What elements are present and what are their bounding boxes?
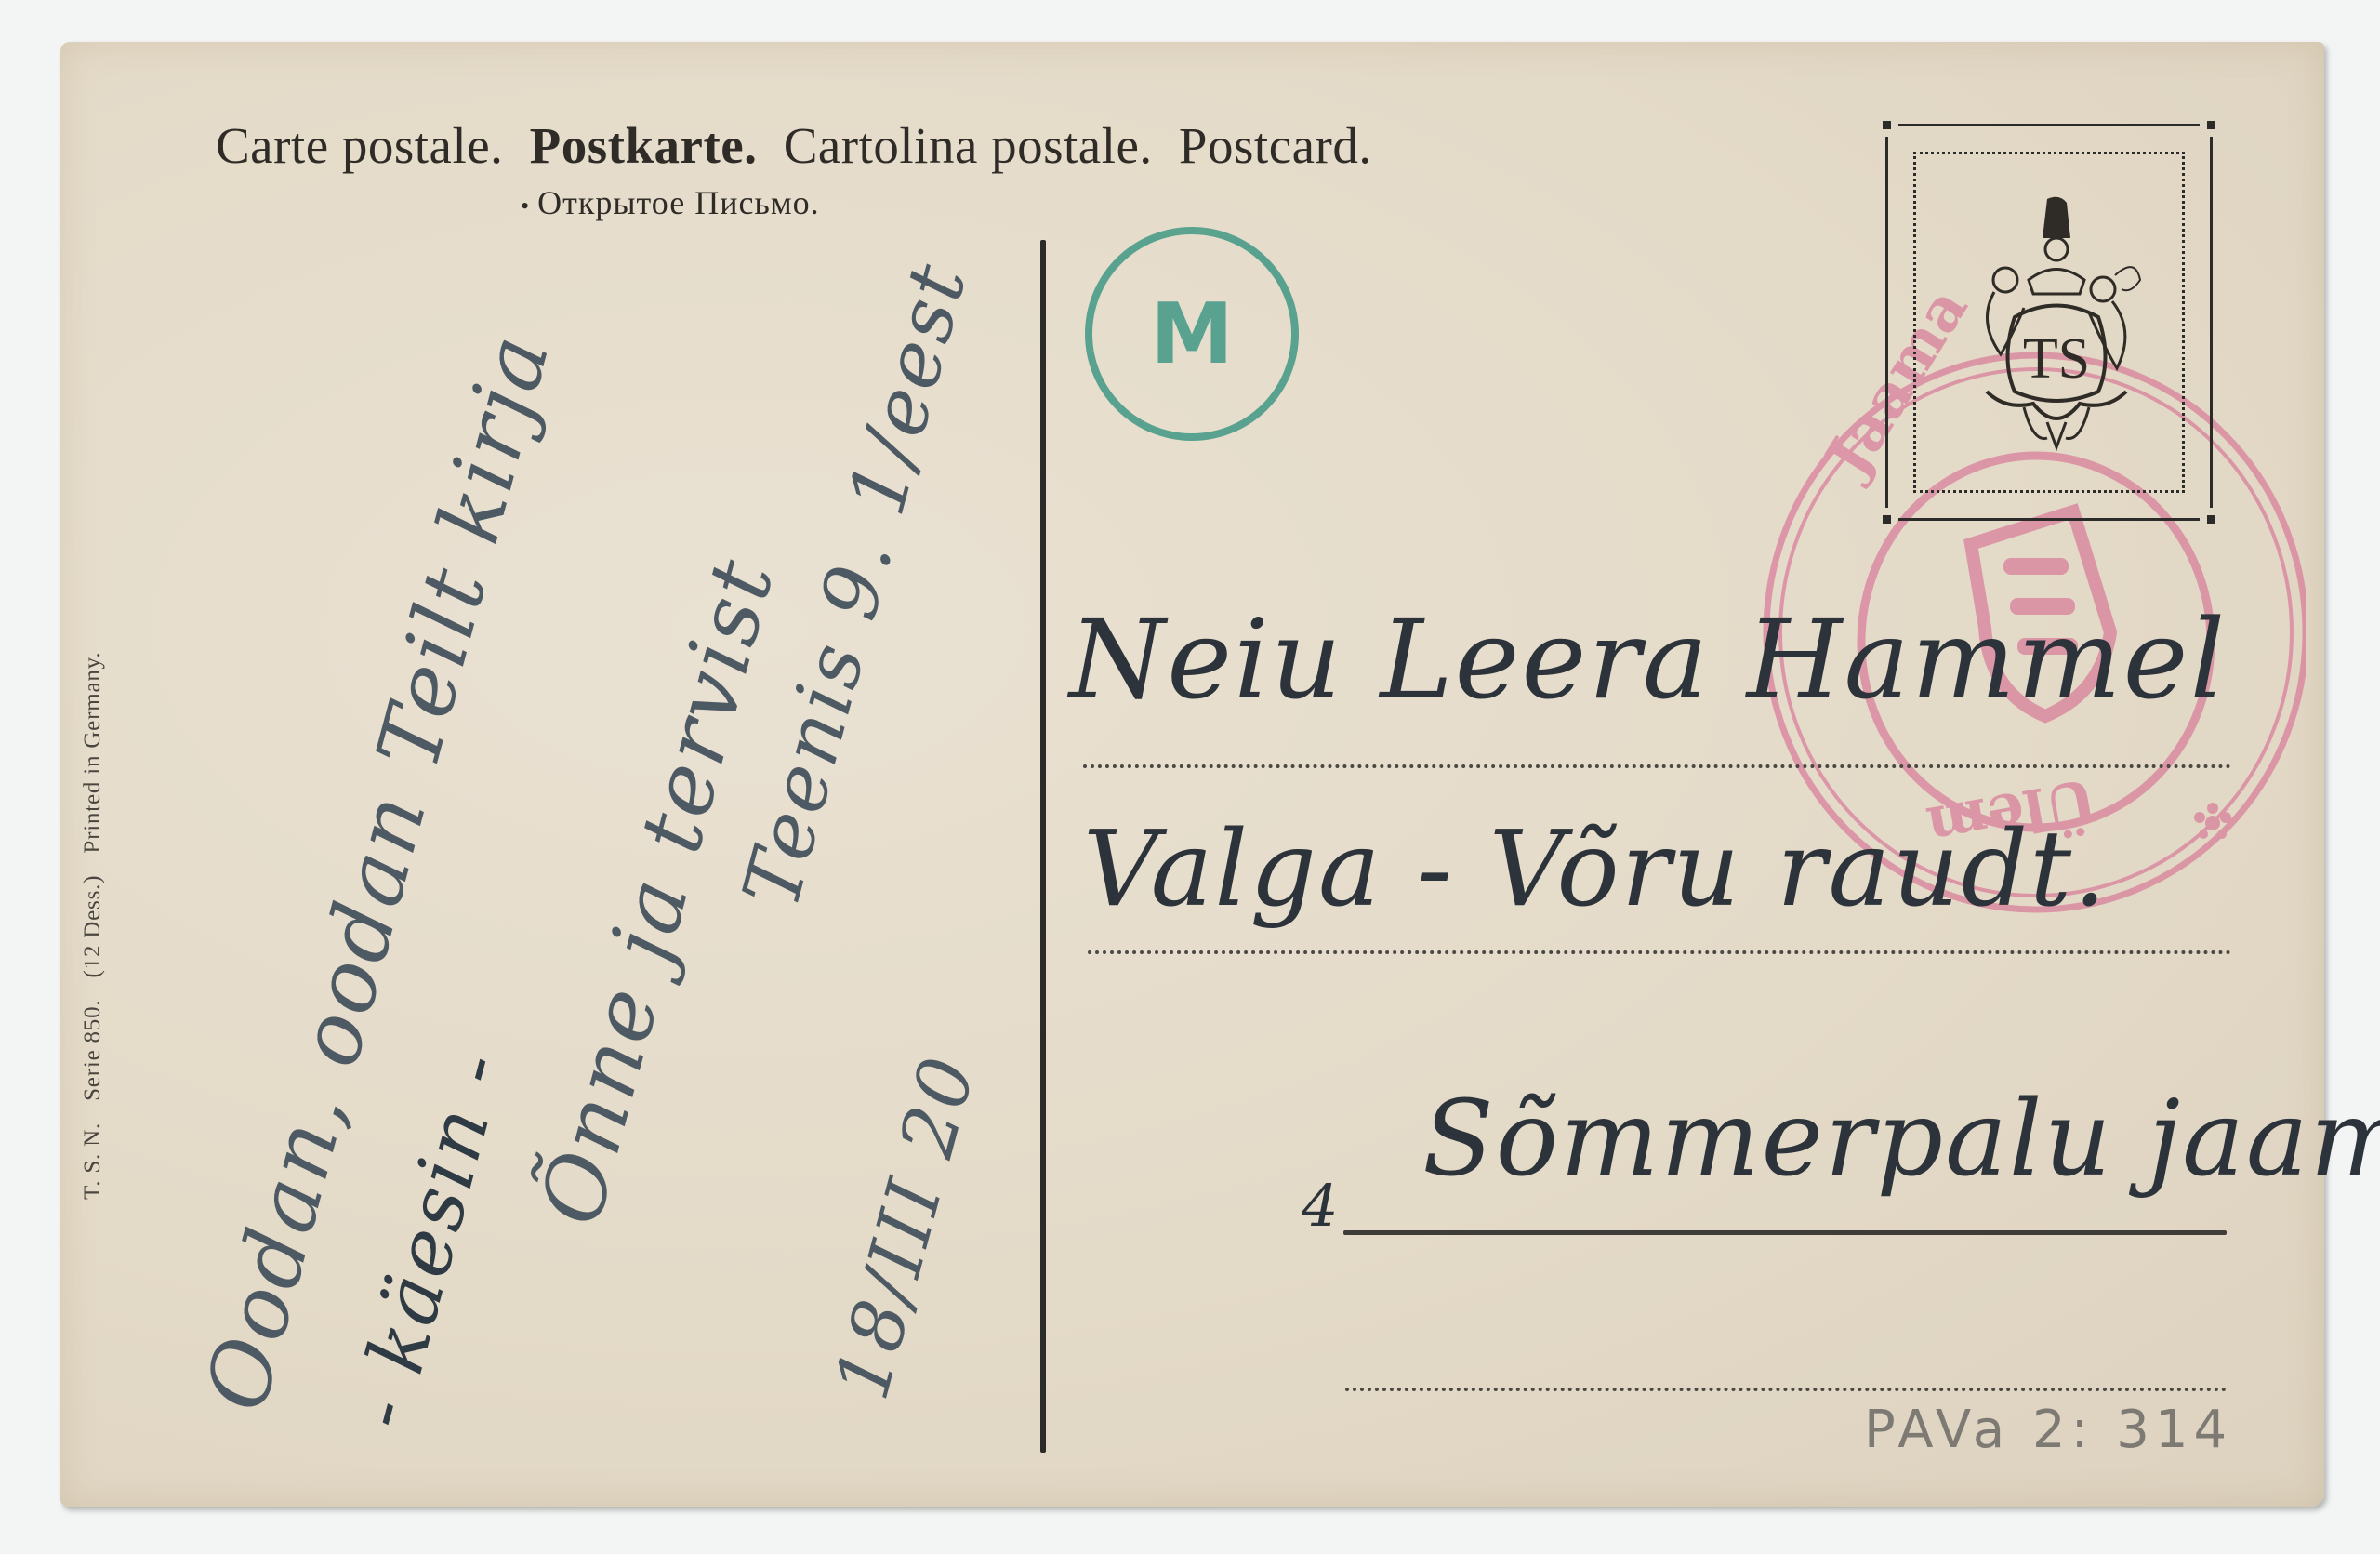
m-letter: M: [1150, 286, 1234, 383]
address-station: Sõmmerpalu jaam: [1422, 1079, 2380, 1200]
divider-line: [1040, 240, 1046, 1453]
header-russian: Открытое Письмо.: [537, 184, 820, 221]
recipient-name: Neiu Leera Hammel: [1069, 595, 2227, 724]
imprint-publisher: T. S. N.: [80, 1122, 105, 1200]
address-railway: Valga - Võru raudt.: [1083, 809, 2109, 930]
imprint-origin: Printed in Germany.: [80, 652, 105, 854]
green-m-mark: M: [1085, 227, 1299, 441]
publisher-imprint: T. S. N. Serie 850. (12 Dess.) Printed i…: [80, 637, 106, 1200]
imprint-series: Serie 850.: [80, 1000, 105, 1101]
postcard-header: Carte postale. Postkarte. Cartolina post…: [216, 116, 1385, 175]
stamp-placeholder: TS: [1913, 152, 2185, 493]
address-line-4-rule: [1345, 1388, 2227, 1391]
ts-emblem-icon: TS: [1950, 192, 2154, 489]
bullet-icon: •: [521, 193, 530, 219]
address-line-2-rule: [1088, 950, 2231, 954]
russian-header: •Открытое Письмо.: [521, 183, 820, 222]
archive-reference: PAVa 2: 314: [1864, 1400, 2232, 1460]
address-prefix: 4: [1302, 1172, 1340, 1240]
address-line-1-rule: [1083, 764, 2231, 768]
address-line-3-rule: [1343, 1230, 2227, 1235]
header-english: Postcard.: [1179, 117, 1372, 174]
header-italian: Cartolina postale.: [784, 117, 1153, 174]
imprint-designs: (12 Dess.): [80, 875, 105, 978]
header-german: Postkarte.: [530, 117, 758, 174]
postage-stamp-box: TS: [1885, 124, 2213, 521]
svg-text:TS: TS: [2023, 327, 2090, 391]
header-french: Carte postale.: [216, 117, 503, 174]
